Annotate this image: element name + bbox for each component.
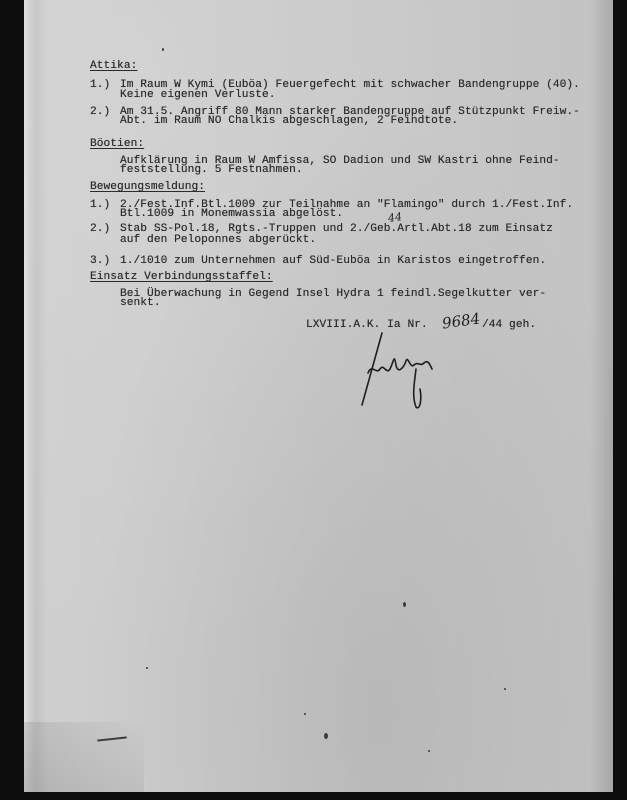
section-heading-bewegungsmeldung: Bewegungsmeldung: xyxy=(90,183,205,193)
paper-speck xyxy=(504,688,506,690)
paper-speck xyxy=(304,713,306,715)
handwritten-annotation: 44 xyxy=(387,210,403,225)
paper-speck xyxy=(428,750,430,752)
attika-item-2-line-2: Abt. im Raum NO Chalkis abgeschlagen, 2 … xyxy=(120,117,458,127)
bewegung-item-2-line-2: auf den Peloponnes abgerückt. xyxy=(120,236,316,246)
boeotien-line-2: feststellung. 5 Festnahmen. xyxy=(120,166,303,176)
verbindungsstaffel-line-2: senkt. xyxy=(120,299,161,309)
paper-speck xyxy=(146,667,148,669)
bewegung-item-3-line-1: 1./1010 zum Unternehmen auf Süd-Euböa in… xyxy=(120,257,546,267)
verbindungsstaffel-line-1: Bei Überwachung in Gegend Insel Hydra 1 … xyxy=(120,290,546,300)
paper-scratch xyxy=(97,736,127,741)
document-page: Attika: 1.) Im Raum W Kymi (Euböa) Feuer… xyxy=(24,0,613,792)
paper-speck xyxy=(324,733,328,739)
attika-item-1-line-2: Keine eigenen Verluste. xyxy=(120,91,276,101)
item-number: 1.) xyxy=(90,201,110,211)
paper-speck xyxy=(403,602,406,607)
item-number: 2.) xyxy=(90,225,110,235)
paper-speck xyxy=(162,48,164,51)
item-number: 1.) xyxy=(90,81,110,91)
bewegung-item-1-line-2: Btl.1009 in Monemwassia abgelöst. xyxy=(120,210,343,220)
item-number: 3.) xyxy=(90,257,110,267)
section-heading-attika: Attika: xyxy=(90,62,137,72)
section-heading-verbindungsstaffel: Einsatz Verbindungsstaffel: xyxy=(90,273,273,283)
section-heading-boeotien: Böotien: xyxy=(90,140,144,150)
reference-suffix: /44 geh. xyxy=(482,321,536,331)
signature-icon xyxy=(354,325,454,415)
item-number: 2.) xyxy=(90,108,110,118)
